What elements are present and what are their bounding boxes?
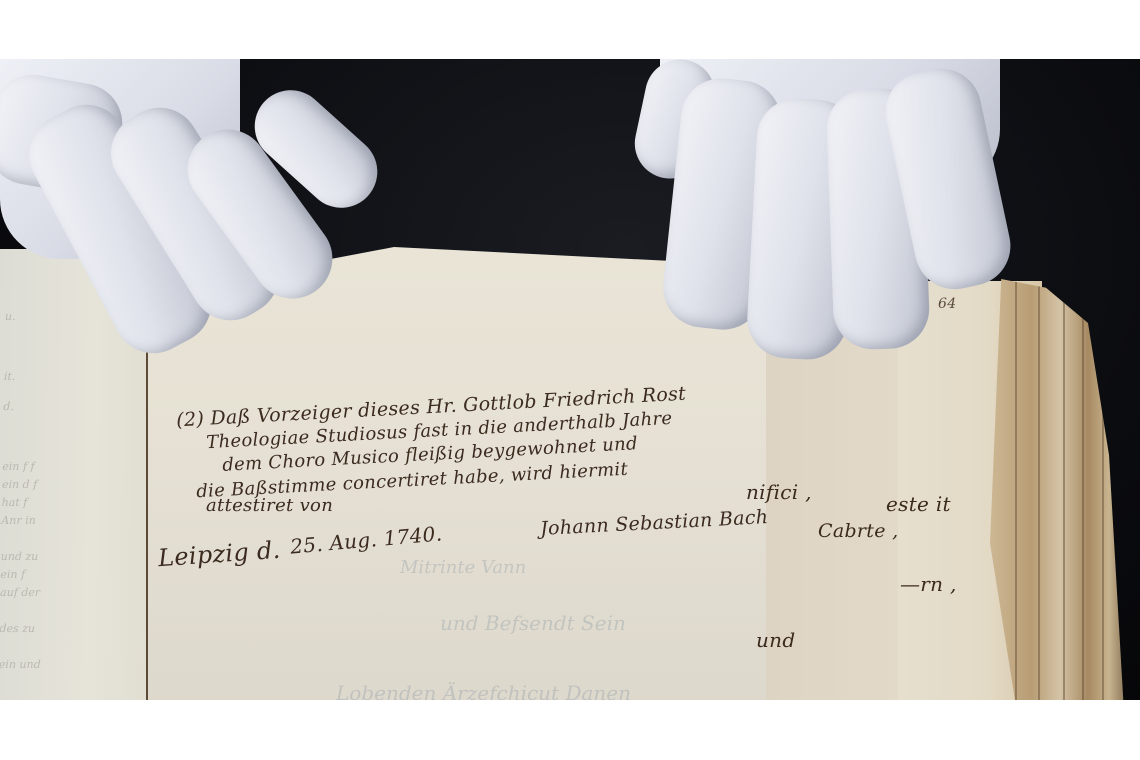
fragment-text: nifici , [746, 480, 812, 504]
fragment-text: Cabrte , [818, 520, 898, 542]
fragment-text: und [756, 628, 795, 652]
manuscript-photo: u. it. d. ein f f ein d f hat f Anr in u… [0, 59, 1140, 700]
fragment-text: —rn , [900, 572, 957, 596]
fragment-text: este it [886, 492, 951, 516]
place-text: Leipzig d. [157, 536, 281, 572]
page-number: 64 [938, 296, 956, 312]
signature: Johann Sebastian Bach [540, 506, 769, 540]
date-text: 25. Aug. 1740. [289, 521, 443, 558]
attestation-line: attestiret von [206, 495, 333, 516]
